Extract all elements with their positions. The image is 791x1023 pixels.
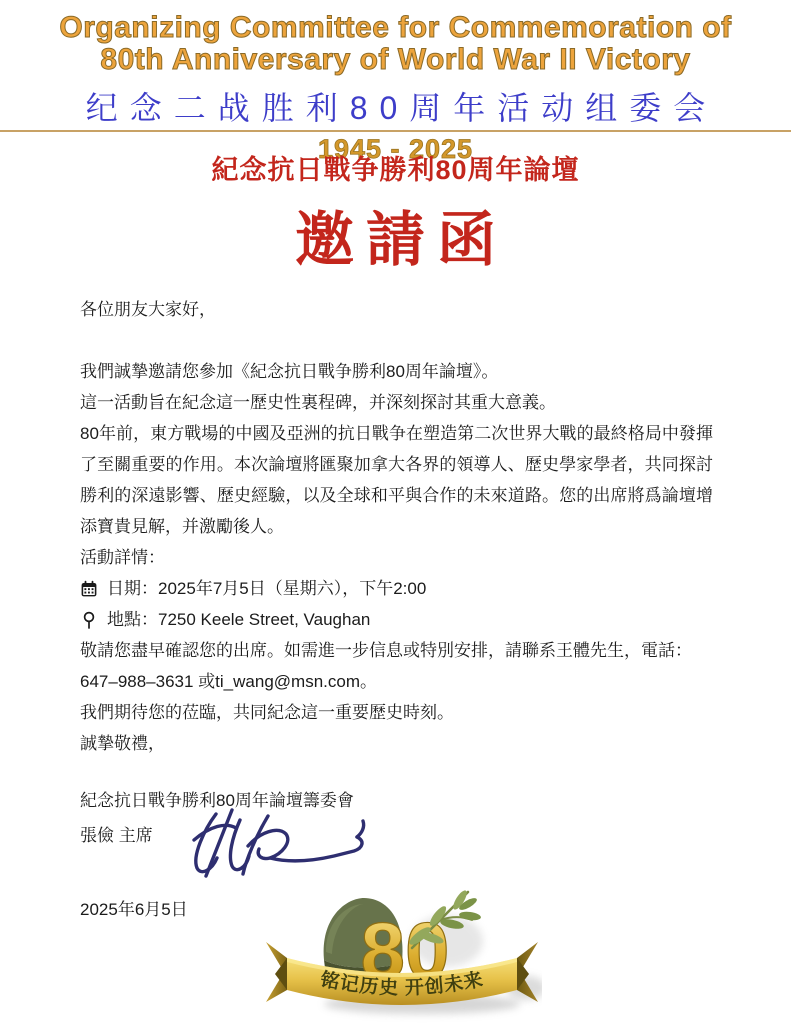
rsvp-line-1: 敬請您盡早確認您的出席。如需進一步信息或特別安排，請聯系王體先生，電話： [80, 635, 713, 666]
signature-row: 張儉 主席 [80, 820, 713, 886]
org-title-chinese: 纪念二战胜利80周年活动组委会 [0, 83, 791, 129]
rsvp-line-2: 647–988–3631 或ti_wang@msn.com。 [80, 666, 713, 697]
intro-line-1: 我們誠摯邀請您參加《紀念抗日戰争勝利80周年論壇》。 [80, 356, 713, 387]
location-row: 地點：7250 Keele Street, Vaughan [80, 604, 713, 635]
forum-title: 紀念抗日戰争勝利80周年論壇 [0, 148, 791, 187]
location-pin-icon [80, 611, 98, 629]
closing-line-2: 誠摯敬禮， [80, 728, 713, 759]
invitation-letter-page: Organizing Committee for Commemoration o… [0, 0, 791, 1023]
details-heading: 活動詳情： [80, 542, 713, 573]
date-row: 日期：2025年7月5日（星期六），下午2:00 [80, 573, 713, 604]
org-title-line1: Organizing Committee for Commemoration o… [0, 12, 791, 44]
main-paragraph: 80年前，東方戰場的中國及亞洲的抗日戰争在塑造第二次世界大戰的最終格局中發揮了至… [80, 418, 713, 542]
date-text: 日期：2025年7月5日（星期六），下午2:00 [107, 573, 426, 604]
greeting: 各位朋友大家好， [80, 294, 713, 325]
letterhead: Organizing Committee for Commemoration o… [0, 0, 791, 165]
closing-line-1: 我們期待您的莅臨，共同紀念這一重要歷史時刻。 [80, 697, 713, 728]
calendar-icon [80, 580, 98, 598]
invitation-title: 邀請函 [0, 192, 791, 277]
committee-name: 紀念抗日戰争勝利80周年論壇籌委會 [80, 785, 713, 816]
org-title-english: Organizing Committee for Commemoration o… [0, 12, 791, 77]
org-title-line2: 80th Anniversary of World War II Victory [0, 44, 791, 76]
ribbon-banner-icon: 80 [262, 886, 542, 1023]
chairman-name-title: 張儉 主席 [80, 820, 153, 851]
intro-line-2: 這一活動旨在紀念這一歷史性裏程碑，并深刻探討其重大意義。 [80, 387, 713, 418]
location-text: 地點：7250 Keele Street, Vaughan [107, 604, 370, 635]
handwritten-signature-icon [182, 804, 392, 888]
letter-body: 各位朋友大家好， 我們誠摯邀請您參加《紀念抗日戰争勝利80周年論壇》。 這一活動… [80, 294, 713, 925]
80th-anniversary-logo: 80 [262, 886, 542, 1023]
gold-divider [0, 130, 791, 132]
